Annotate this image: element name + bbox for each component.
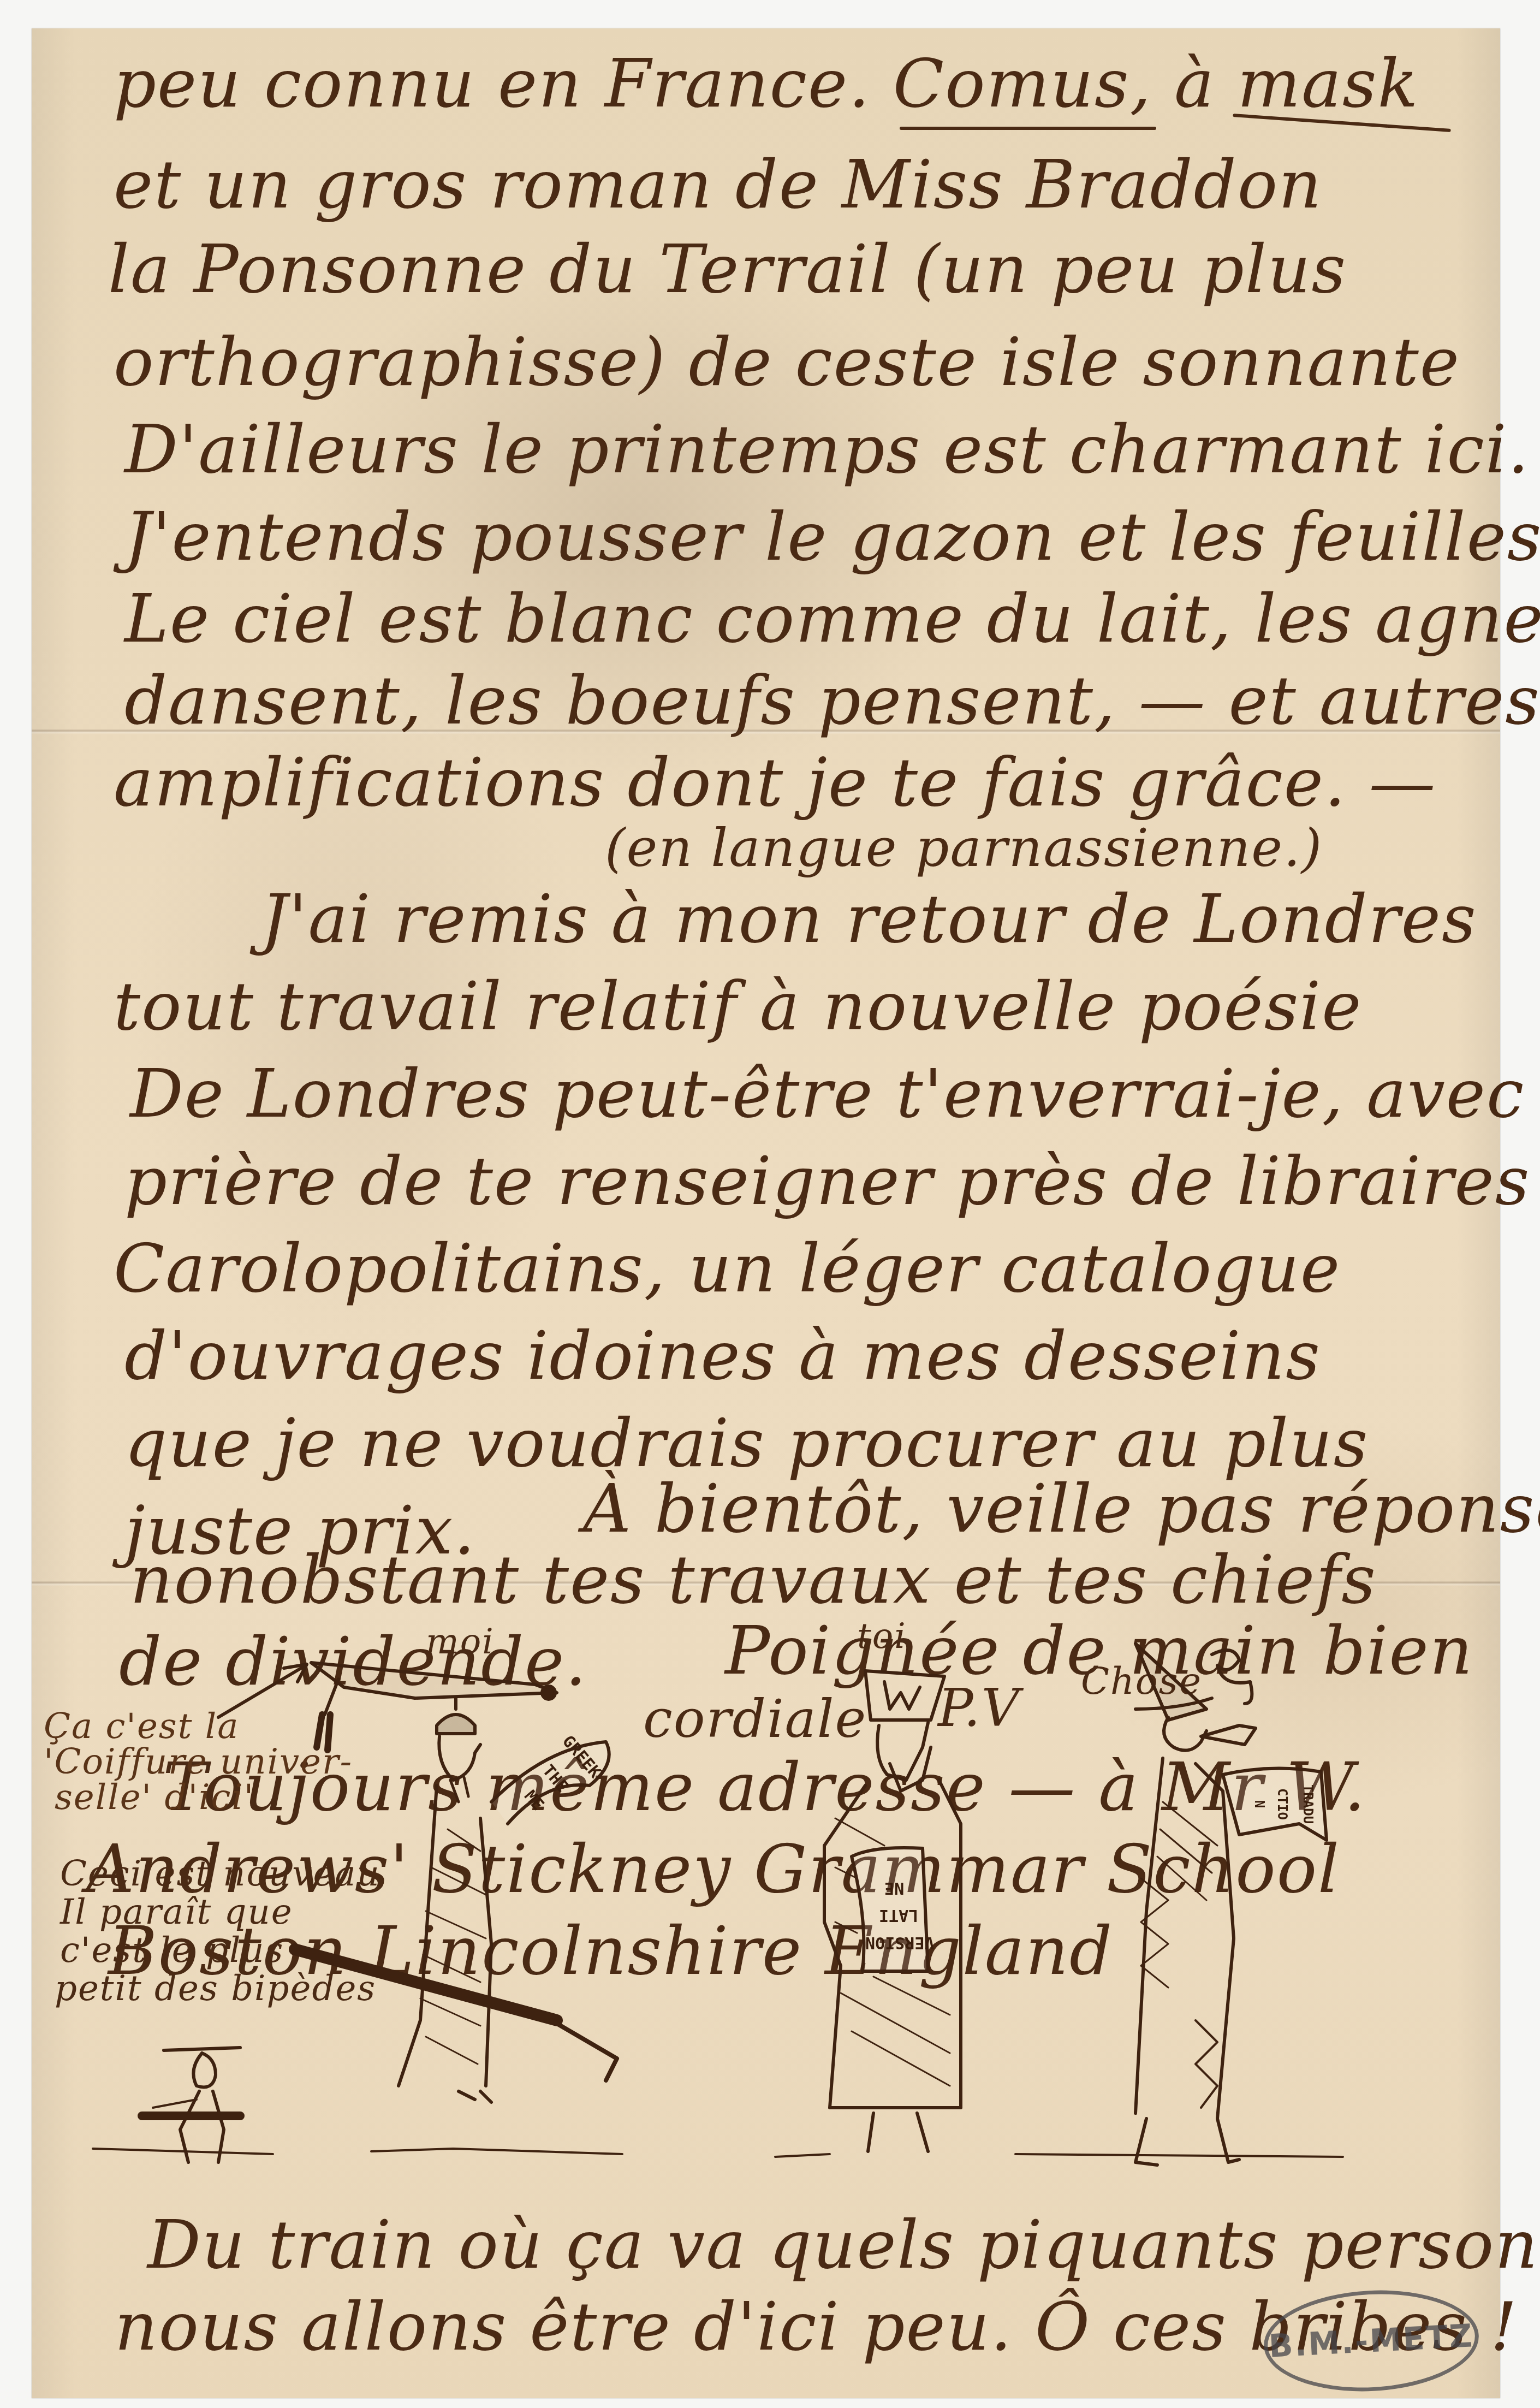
caricature-drawings <box>0 1627 1540 2173</box>
letter-line: D'ailleurs le printemps est charmant ici… <box>124 411 1530 488</box>
arrow-icon <box>218 1665 306 1717</box>
letter-line: J'ai remis à mon retour de Londres <box>261 880 1477 958</box>
letter-line: la Ponsonne du Terrail (un peu plus <box>108 230 1347 308</box>
letter-line: prière de te renseigner près de libraire… <box>124 1142 1530 1220</box>
paper-text: TRADU <box>1300 1784 1316 1824</box>
letter-line: De Londres peut-être t'enverrai-je, avec <box>130 1055 1525 1132</box>
paper-text: CTIO <box>1275 1788 1290 1820</box>
letter-line: orthographisse) de ceste isle sonnante <box>114 323 1460 401</box>
letter-line: (en langue parnassienne.) <box>605 817 1323 879</box>
letter-line: dansent, les boeufs pensent, — et autres <box>124 662 1540 739</box>
letter-line: nonobstant tes travaux et tes chiefs <box>130 1541 1377 1618</box>
letter-line: et un gros roman de Miss Braddon <box>114 146 1323 223</box>
letter-line: tout travail relatif à nouvelle poésie <box>114 968 1363 1045</box>
letter-line: À bientôt, veille pas réponse <box>583 1470 1540 1547</box>
letter-line: Carolopolitains, un léger catalogue <box>114 1230 1341 1307</box>
book-text: NE <box>884 1878 904 1897</box>
letter-line: d'ouvrages idoines à mes desseins <box>124 1317 1321 1395</box>
letter-line: J'entends pousser le gazon et les feuill… <box>124 498 1540 576</box>
letter-line: peu connu en France. Comus, à mask <box>114 45 1419 122</box>
paper-text: N <box>1252 1800 1267 1808</box>
underline <box>900 127 1156 130</box>
letter-line: amplifications dont je te fais grâce. — <box>114 744 1437 821</box>
closing-line: Du train où ça va quels piquants personn… <box>147 2206 1540 2284</box>
book-text: LATI <box>879 1906 918 1925</box>
book-text: VERSION <box>865 1933 934 1952</box>
letter-line: Le ciel est blanc comme du lait, les agn… <box>124 580 1540 657</box>
